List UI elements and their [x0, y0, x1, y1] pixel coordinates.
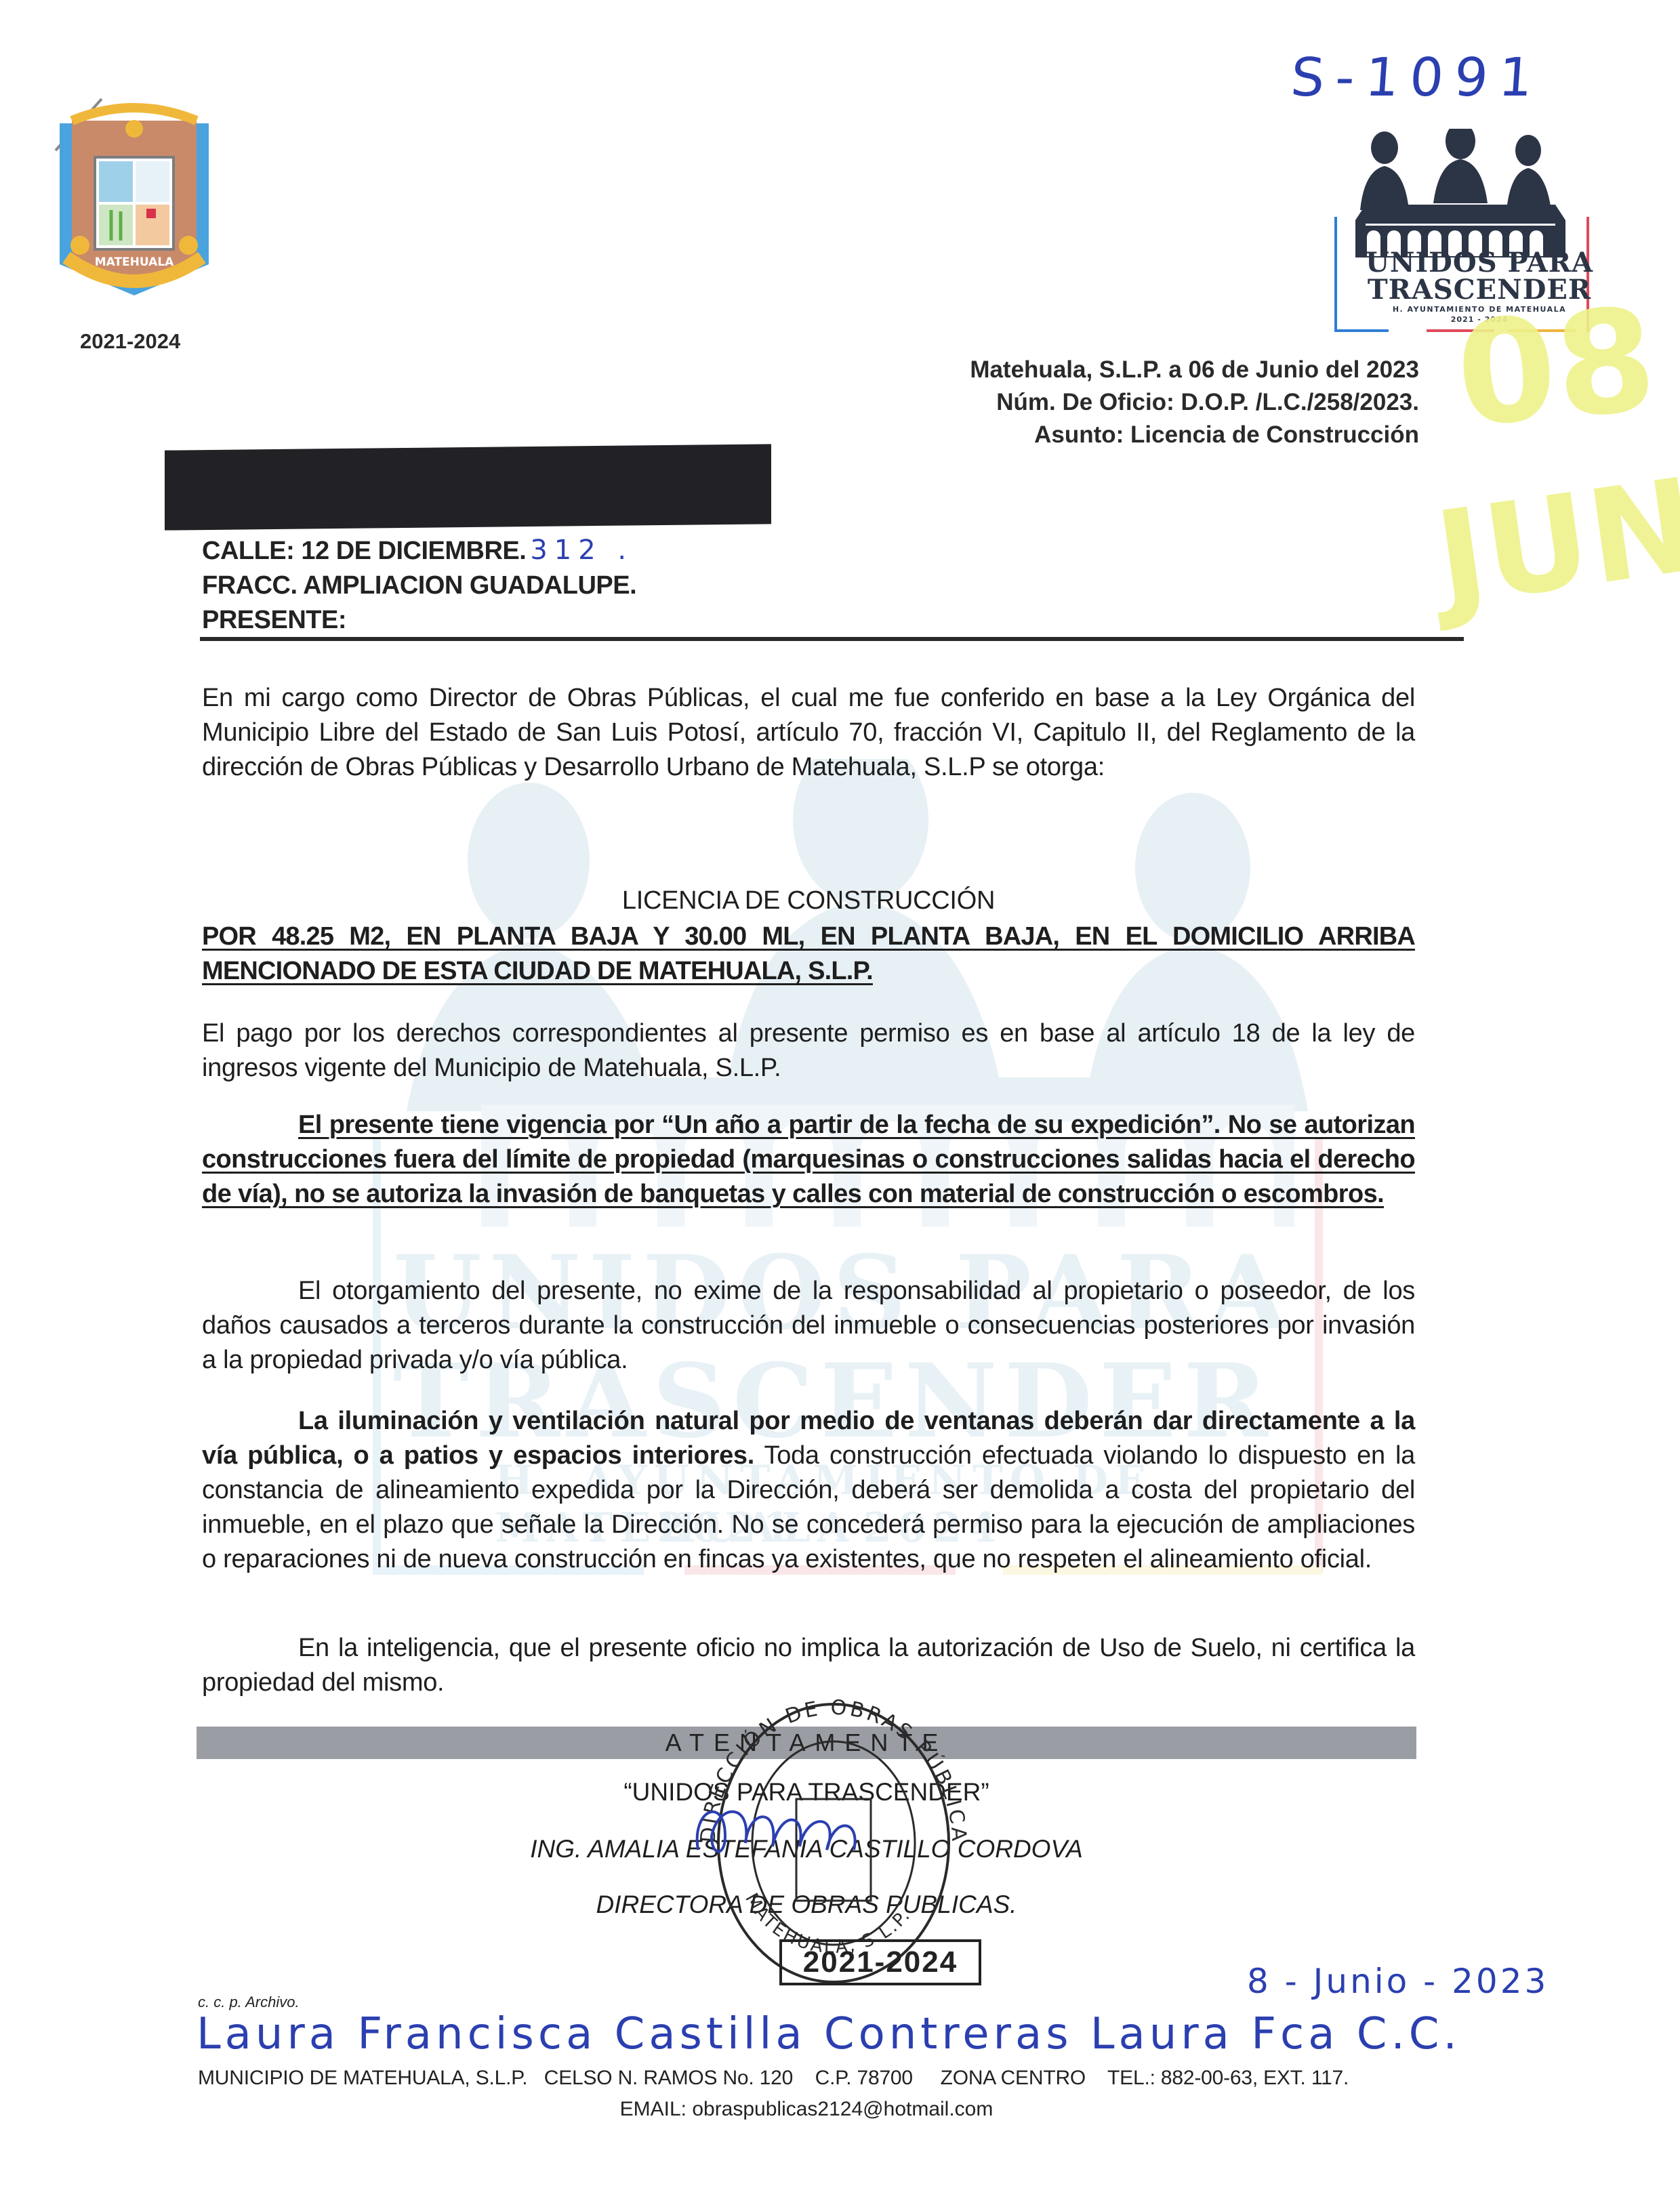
lighting-paragraph: La iluminación y ventilación natural por…	[202, 1404, 1415, 1577]
payment-paragraph: El pago por los derechos correspondiente…	[202, 1016, 1415, 1086]
place-date: Matehuala, S.L.P. a 06 de Junio del 2023	[970, 354, 1419, 386]
validity-paragraph: El presente tiene vigencia por “Un año a…	[202, 1108, 1415, 1212]
recipient-street: CALLE: 12 DE DICIEMBRE.	[202, 537, 526, 565]
footer-address: MUNICIPIO DE MATEHUALA, S.L.P. CELSO N. …	[198, 2067, 1349, 2090]
subject: Asunto: Licencia de Construcción	[970, 419, 1419, 451]
highlighter-day: 08	[1450, 276, 1662, 459]
svg-text:MATEHUALA: MATEHUALA	[95, 255, 174, 269]
administration-years: 2021-2024	[80, 329, 180, 354]
salutation: PRESENTE:	[202, 603, 636, 638]
signature-icon	[684, 1789, 888, 1870]
municipal-crest: MATEHUALA	[53, 95, 216, 298]
signature-scribble	[684, 1789, 888, 1870]
document-header-block: Matehuala, S.L.P. a 06 de Junio del 2023…	[970, 354, 1419, 451]
recipient-neighborhood: FRACC. AMPLIACION GUADALUPE.	[202, 569, 636, 603]
handwritten-receipt-date: 8 - Junio - 2023	[1247, 1962, 1549, 2001]
license-detail: POR 48.25 M2, EN PLANTA BAJA Y 30.00 ML,…	[202, 920, 1415, 989]
footer-email: EMAIL: obraspublicas2124@hotmail.com	[197, 2098, 1416, 2121]
license-title: LICENCIA DE CONSTRUCCIÓN	[202, 884, 1415, 918]
redacted-recipient-name	[165, 444, 771, 530]
handwritten-receiver-name: Laura Francisca Castilla Contreras Laura…	[197, 2009, 1461, 2059]
intro-paragraph: En mi cargo como Director de Obras Públi…	[202, 681, 1415, 785]
stamp-years: 2021-2024	[779, 1939, 981, 1985]
handwritten-file-number: S-1091	[1289, 47, 1545, 108]
crest-icon: MATEHUALA	[53, 95, 216, 298]
liability-paragraph: El otorgamiento del presente, no exime d…	[202, 1274, 1415, 1378]
handwritten-street-number: 312 .	[530, 535, 633, 566]
header-divider	[200, 637, 1464, 641]
recipient-address: CALLE: 12 DE DICIEMBRE.312 . FRACC. AMPL…	[202, 533, 636, 638]
highlighter-month: JUN	[1427, 450, 1680, 634]
oficio-number: Núm. De Oficio: D.O.P. /L.C./258/2023.	[970, 386, 1419, 419]
